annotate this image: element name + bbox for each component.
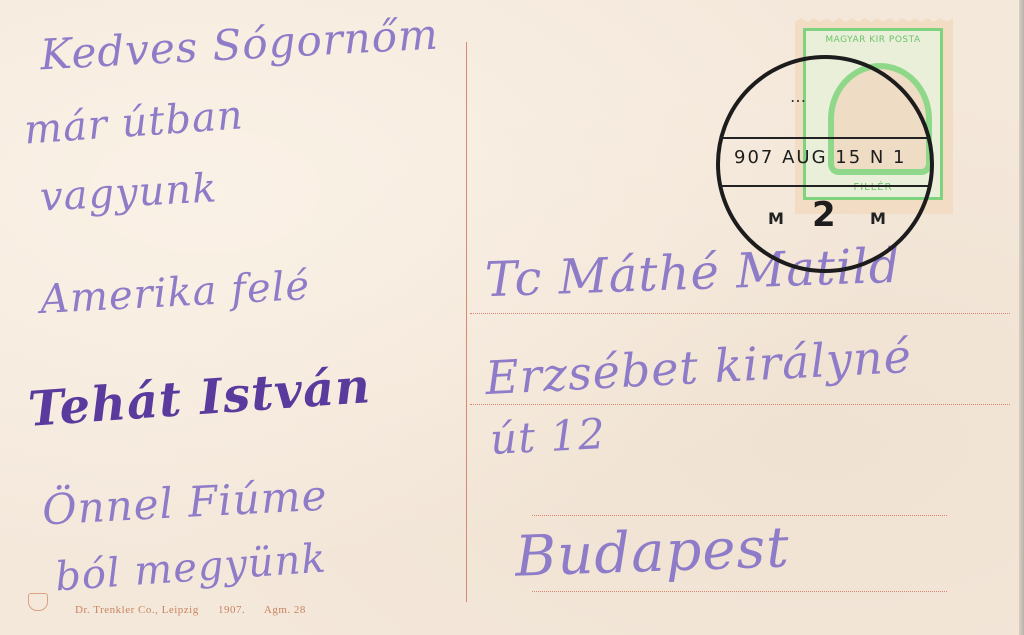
address-line: [470, 313, 1010, 314]
message-line: Amerika felé: [39, 263, 311, 323]
message-line: Önnel Fiúme: [41, 471, 329, 535]
address-number: út 12: [489, 409, 607, 464]
postcard-back: Kedves Sógornőm már útban vagyunk Amerik…: [0, 0, 1024, 635]
stamp-country-text: MAGYAR KIR POSTA: [812, 35, 934, 45]
publisher-year: 1907.: [218, 604, 245, 616]
message-line: már útban: [23, 92, 245, 153]
message-line: Kedves Sógornőm: [39, 10, 440, 80]
publisher-series: Agm. 28: [264, 604, 306, 616]
address-street: Erzsébet királyné: [484, 329, 913, 405]
postmark-top-text: …: [790, 87, 814, 106]
publisher-imprint: Dr. Trenkler Co., Leipzig 1907. Agm. 28: [75, 604, 322, 616]
address-city: Budapest: [514, 515, 791, 590]
address-line: [532, 515, 947, 516]
message-line: ból megyünk: [54, 536, 328, 601]
publisher-logo-icon: [28, 593, 48, 611]
postmark-office-number: 2: [812, 195, 836, 235]
message-line: vagyunk: [39, 165, 219, 220]
postmark-date: 907 AUG 15 N 1: [734, 147, 907, 168]
message-line: Tehát István: [26, 358, 372, 438]
postmark-left-letter: M: [768, 209, 784, 228]
postmark-right-letter: M: [870, 209, 886, 228]
center-divider-line: [466, 42, 467, 602]
address-line: [470, 404, 1010, 405]
publisher-name: Dr. Trenkler Co., Leipzig: [75, 604, 199, 616]
postmark-cancellation: … 907 AUG 15 N 1 M 2 M: [716, 55, 934, 273]
card-edge: [1019, 0, 1024, 635]
address-line: [532, 591, 947, 592]
